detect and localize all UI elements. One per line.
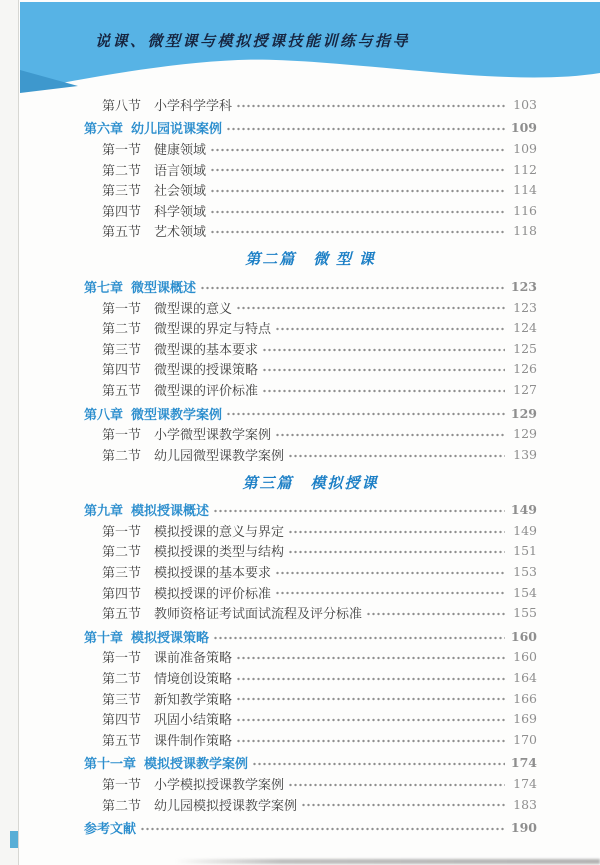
- toc-leader-dots: [226, 403, 505, 424]
- header-band: 说课、微型课与模拟授课技能训练与指导: [20, 2, 600, 98]
- toc-page-number: 164: [509, 670, 537, 685]
- toc-entry: 第一节小学模拟授课教学案例174: [84, 773, 537, 794]
- toc-page-number: 174: [509, 776, 537, 791]
- toc-page-number: 153: [509, 564, 537, 579]
- toc-entry: 第四节科学领域116: [84, 200, 537, 221]
- toc-leader-dots: [288, 541, 505, 562]
- toc-entry-title: 模拟授课概述: [131, 500, 209, 519]
- toc-entry-label: 第二节: [102, 318, 141, 337]
- toc-entry-title: 微型课教学案例: [131, 404, 222, 423]
- toc-entry: 第八节小学科学学科103: [84, 94, 537, 115]
- toc-page-number: 155: [509, 605, 537, 620]
- toc-entry-title: 模拟授课的意义与界定: [154, 521, 284, 540]
- toc-page-number: 149: [509, 523, 537, 538]
- toc-entry-title: 模拟授课策略: [131, 627, 209, 646]
- toc-page-number: 103: [509, 97, 537, 112]
- toc-page-number: 109: [509, 120, 537, 135]
- toc-entry-label: 第十一章: [84, 753, 136, 772]
- toc-entry: 第七章微型课概述123: [84, 276, 537, 297]
- toc-entry-title: 新知教学策略: [154, 689, 232, 708]
- toc-entry: 第一节微型课的意义123: [84, 297, 537, 318]
- toc-entry-label: 第四节: [102, 709, 141, 728]
- toc-entry: 第二节幼儿园模拟授课教学案例183: [84, 794, 537, 815]
- toc-entry: 第一节小学微型课教学案例129: [84, 423, 537, 444]
- toc-entry-label: 第二节: [102, 445, 141, 464]
- toc-entry: 第三节社会领域114: [84, 179, 537, 200]
- toc-entry: 第一节健康领域109: [84, 138, 537, 159]
- toc-entry-label: 第八节: [102, 95, 141, 114]
- toc-entry-label: 第五节: [102, 380, 141, 399]
- toc-entry-label: 第三节: [102, 180, 141, 199]
- toc-entry: 第一节模拟授课的意义与界定149: [84, 520, 537, 541]
- toc-entry-title: 微型课的基本要求: [154, 339, 258, 358]
- toc-entry: 第五节教师资格证考试面试流程及评分标准155: [84, 602, 537, 623]
- toc-entry-title: 科学领域: [154, 201, 206, 220]
- toc-entry-label: 第三节: [102, 562, 141, 581]
- toc-entry: 第九章模拟授课概述149: [84, 500, 537, 521]
- toc-entry: 第五节艺术领域118: [84, 221, 537, 242]
- toc-leader-dots: [275, 561, 505, 582]
- toc-page-number: 126: [509, 361, 537, 376]
- toc-page-number: 160: [509, 649, 537, 664]
- toc-leader-dots: [236, 688, 505, 709]
- toc-leader-dots: [275, 317, 505, 338]
- toc-leader-dots: [200, 276, 505, 297]
- toc-page-number: 114: [509, 182, 537, 197]
- toc-page-number: 160: [509, 629, 537, 644]
- toc-leader-dots: [210, 138, 505, 159]
- toc-leader-dots: [236, 708, 505, 729]
- toc-entry-title: 模拟授课的评价标准: [154, 583, 271, 602]
- toc-entry-title: 微型课的界定与特点: [154, 318, 271, 337]
- toc-page-number: 174: [509, 755, 537, 770]
- toc-leader-dots: [140, 817, 505, 838]
- toc-leader-dots: [252, 753, 505, 774]
- toc-entry: 第十一章模拟授课教学案例174: [84, 753, 537, 774]
- toc-entry-label: 第四节: [102, 201, 141, 220]
- toc-entry-title: 小学微型课教学案例: [154, 424, 271, 443]
- toc-entry: 第二节语言领域112: [84, 159, 537, 180]
- toc-entry: 第二节幼儿园微型课教学案例139: [84, 444, 537, 465]
- part-heading-title: 第三篇 模拟授课: [242, 472, 378, 493]
- toc-page-number: 149: [509, 502, 537, 517]
- toc-page-number: 112: [509, 162, 537, 177]
- toc-page-number: 166: [509, 691, 537, 706]
- toc-leader-dots: [262, 379, 505, 400]
- toc-leader-dots: [210, 179, 505, 200]
- toc-entry: 第五节课件制作策略170: [84, 729, 537, 750]
- toc-entry-title: 课件制作策略: [154, 730, 232, 749]
- toc-entry: 第三节微型课的基本要求125: [84, 338, 537, 359]
- toc-leader-dots: [236, 667, 505, 688]
- toc-entry-label: 第一节: [102, 298, 141, 317]
- toc-entry-label: 第二节: [102, 795, 141, 814]
- toc-page-number: 118: [509, 223, 537, 238]
- toc-part-heading: 第三篇 模拟授课: [84, 472, 537, 493]
- toc-page-number: 170: [509, 732, 537, 747]
- toc-leader-dots: [236, 729, 505, 750]
- toc-entry-label: 第二节: [102, 668, 141, 687]
- toc-page-number: 123: [509, 300, 537, 315]
- toc-entry-title: 情境创设策略: [154, 668, 232, 687]
- toc-page-number: 127: [509, 382, 537, 397]
- toc-entry: 第四节巩固小结策略169: [84, 708, 537, 729]
- toc-entry-title: 微型课的授课策略: [154, 359, 258, 378]
- toc-leader-dots: [236, 647, 505, 668]
- toc-entry: 第三节新知教学策略166: [84, 688, 537, 709]
- toc-entry-title: 小学模拟授课教学案例: [154, 774, 284, 793]
- toc-entry-title: 微型课概述: [131, 277, 196, 296]
- toc-part-heading: 第二篇 微 型 课: [84, 248, 537, 269]
- toc-entry-title: 语言领域: [154, 160, 206, 179]
- toc-leader-dots: [210, 221, 505, 242]
- toc-entry-title: 模拟授课的基本要求: [154, 562, 271, 581]
- toc-page-number: 169: [509, 711, 537, 726]
- toc-entry-label: 第一节: [102, 139, 141, 158]
- toc-entry-title: 模拟授课的类型与结构: [154, 541, 284, 560]
- toc-leader-dots: [288, 520, 505, 541]
- toc-entry-title: 幼儿园说课案例: [131, 118, 222, 137]
- toc-entry-title: 课前准备策略: [154, 647, 232, 666]
- toc-entry: 参考文献190: [84, 817, 537, 838]
- toc-page-number: 129: [509, 426, 537, 441]
- toc-entry-title: 幼儿园模拟授课教学案例: [154, 795, 297, 814]
- toc-entry-label: 第一节: [102, 647, 141, 666]
- toc-leader-dots: [210, 200, 505, 221]
- toc-page-number: 116: [509, 203, 537, 218]
- toc-leader-dots: [366, 602, 505, 623]
- toc-entry-title: 模拟授课教学案例: [144, 753, 248, 772]
- toc-entry: 第四节模拟授课的评价标准154: [84, 582, 537, 603]
- toc-entry-title: 参考文献: [84, 818, 136, 837]
- toc-entry: 第三节模拟授课的基本要求153: [84, 561, 537, 582]
- toc-page-number: 154: [509, 585, 537, 600]
- toc-entry-label: 第四节: [102, 359, 141, 378]
- part-heading-title: 第二篇 微 型 课: [245, 248, 376, 269]
- toc-entry-title: 小学科学学科: [154, 95, 232, 114]
- bottom-scan-shadow: [175, 859, 600, 864]
- toc-entry-label: 第一节: [102, 424, 141, 443]
- toc-page-number: 139: [509, 447, 537, 462]
- book-title: 说课、微型课与模拟授课技能训练与指导: [95, 30, 410, 51]
- toc-leader-dots: [301, 794, 505, 815]
- toc-entry-label: 第五节: [102, 603, 141, 622]
- toc-page-number: 125: [509, 341, 537, 356]
- toc-leader-dots: [288, 773, 505, 794]
- toc-leader-dots: [275, 582, 505, 603]
- toc-entry-label: 第二节: [102, 541, 141, 560]
- toc-entry: 第十章模拟授课策略160: [84, 626, 537, 647]
- toc-entry-title: 健康领域: [154, 139, 206, 158]
- toc-entry: 第二节模拟授课的类型与结构151: [84, 541, 537, 562]
- toc-entry-title: 微型课的意义: [154, 298, 232, 317]
- page-corner-mark: [10, 831, 18, 848]
- toc-entry-label: 第一节: [102, 521, 141, 540]
- toc-entry-title: 社会领域: [154, 180, 206, 199]
- toc-entry-label: 第一节: [102, 774, 141, 793]
- toc-leader-dots: [213, 626, 505, 647]
- toc-page-number: 129: [509, 406, 537, 421]
- toc-entry: 第一节课前准备策略160: [84, 647, 537, 668]
- toc-leader-dots: [288, 444, 505, 465]
- toc-entry-label: 第五节: [102, 221, 141, 240]
- toc-entry-label: 第五节: [102, 730, 141, 749]
- toc-page-number: 124: [509, 320, 537, 335]
- toc-entry-label: 第八章: [84, 404, 123, 423]
- toc-page-number: 183: [509, 797, 537, 812]
- page-edge: [0, 0, 19, 865]
- toc-entry-label: 第七章: [84, 277, 123, 296]
- toc-entry-title: 艺术领域: [154, 221, 206, 240]
- toc-page-number: 109: [509, 141, 537, 156]
- toc-entry: 第二节微型课的界定与特点124: [84, 317, 537, 338]
- toc-entry: 第二节情境创设策略164: [84, 667, 537, 688]
- toc-entry-label: 第十章: [84, 627, 123, 646]
- toc-leader-dots: [236, 94, 505, 115]
- toc-page-number: 190: [509, 820, 537, 835]
- toc-entry-label: 第六章: [84, 118, 123, 137]
- toc-entry-label: 第三节: [102, 689, 141, 708]
- toc-leader-dots: [236, 297, 505, 318]
- toc-page-number: 151: [509, 543, 537, 558]
- toc-entry-label: 第九章: [84, 500, 123, 519]
- toc-leader-dots: [262, 359, 505, 380]
- toc-leader-dots: [226, 118, 505, 139]
- toc-page-number: 123: [509, 279, 537, 294]
- toc-entry: 第四节微型课的授课策略126: [84, 359, 537, 380]
- toc-entry-label: 第四节: [102, 583, 141, 602]
- toc-leader-dots: [275, 423, 505, 444]
- toc-entry-title: 教师资格证考试面试流程及评分标准: [154, 603, 362, 622]
- toc-leader-dots: [210, 159, 505, 180]
- toc-leader-dots: [262, 338, 505, 359]
- toc-entry-title: 巩固小结策略: [154, 709, 232, 728]
- table-of-contents: 第八节小学科学学科103第六章幼儿园说课案例109第一节健康领域109第二节语言…: [84, 94, 537, 838]
- toc-entry-title: 微型课的评价标准: [154, 380, 258, 399]
- toc-entry-label: 第二节: [102, 160, 141, 179]
- toc-entry-title: 幼儿园微型课教学案例: [154, 445, 284, 464]
- toc-leader-dots: [213, 500, 505, 521]
- toc-entry: 第六章幼儿园说课案例109: [84, 118, 537, 139]
- toc-entry: 第五节微型课的评价标准127: [84, 379, 537, 400]
- toc-entry-label: 第三节: [102, 339, 141, 358]
- toc-entry: 第八章微型课教学案例129: [84, 403, 537, 424]
